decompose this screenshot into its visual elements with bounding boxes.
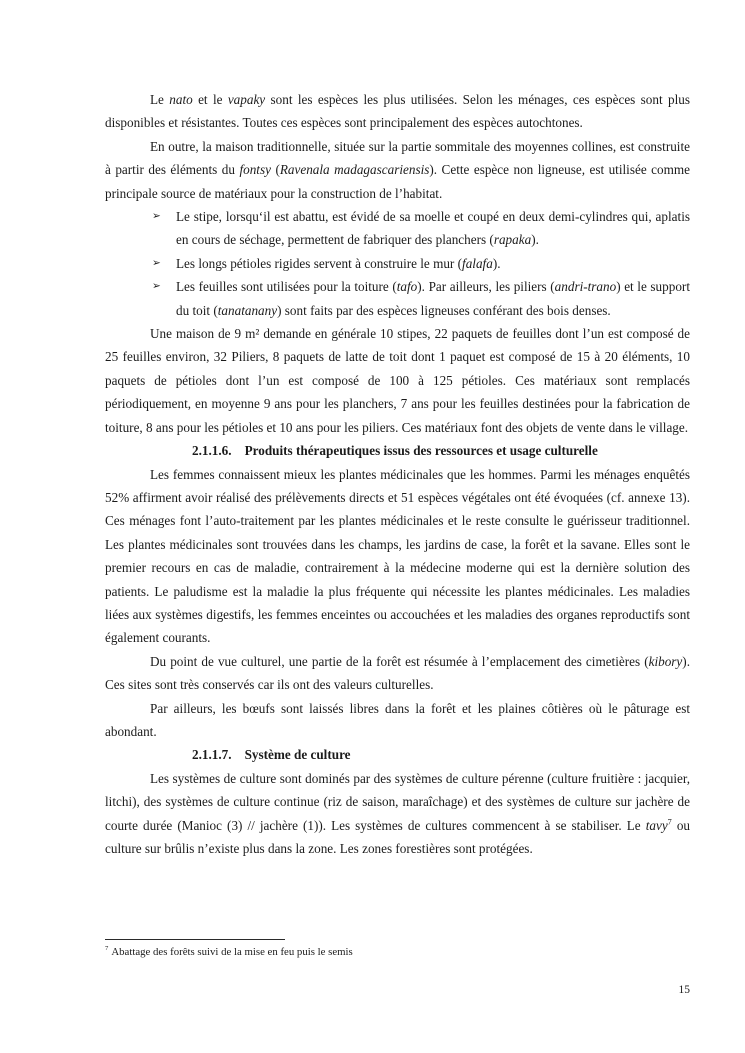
bullet-arrow-icon: ➢ xyxy=(152,275,161,298)
footnote: 7Abattage des forêts suivi de la mise en… xyxy=(105,940,690,959)
paragraph: Les systèmes de culture sont dominés par… xyxy=(105,767,690,861)
section-number: 2.1.1.7. xyxy=(192,747,232,762)
bullet-arrow-icon: ➢ xyxy=(152,205,161,228)
paragraph: En outre, la maison traditionnelle, situ… xyxy=(105,135,690,205)
paragraph: Du point de vue culturel, une partie de … xyxy=(105,650,690,697)
bullet-text: Le stipe, lorsqu‘il est abattu, est évid… xyxy=(176,209,690,247)
section-title: Système de culture xyxy=(245,747,351,762)
section-title: Produits thérapeutiques issus des ressou… xyxy=(245,443,598,458)
paragraph: Les femmes connaissent mieux les plantes… xyxy=(105,463,690,650)
footnote-mark: 7 xyxy=(105,945,108,952)
paragraph: Le nato et le vapaky sont les espèces le… xyxy=(105,88,690,135)
bullet-text: Les feuilles sont utilisées pour la toit… xyxy=(176,279,690,317)
bullet-text: Les longs pétioles rigides servent à con… xyxy=(176,256,501,271)
paragraph: Une maison de 9 m² demande en générale 1… xyxy=(105,322,690,439)
section-heading: 2.1.1.6.Produits thérapeutiques issus de… xyxy=(105,439,690,462)
page-number: 15 xyxy=(679,983,691,997)
section-number: 2.1.1.6. xyxy=(192,443,232,458)
footnote-area: 7Abattage des forêts suivi de la mise en… xyxy=(105,939,690,959)
document-page: Le nato et le vapaky sont les espèces le… xyxy=(0,0,745,1053)
bullet-item: ➢Les feuilles sont utilisées pour la toi… xyxy=(105,275,690,322)
section-heading: 2.1.1.7.Système de culture xyxy=(105,743,690,766)
footnote-text: Abattage des forêts suivi de la mise en … xyxy=(111,946,352,958)
document-body: Le nato et le vapaky sont les espèces le… xyxy=(105,88,690,860)
bullet-item: ➢Le stipe, lorsqu‘il est abattu, est évi… xyxy=(105,205,690,252)
bullet-item: ➢Les longs pétioles rigides servent à co… xyxy=(105,252,690,275)
bullet-arrow-icon: ➢ xyxy=(152,252,161,275)
paragraph: Par ailleurs, les bœufs sont laissés lib… xyxy=(105,697,690,744)
